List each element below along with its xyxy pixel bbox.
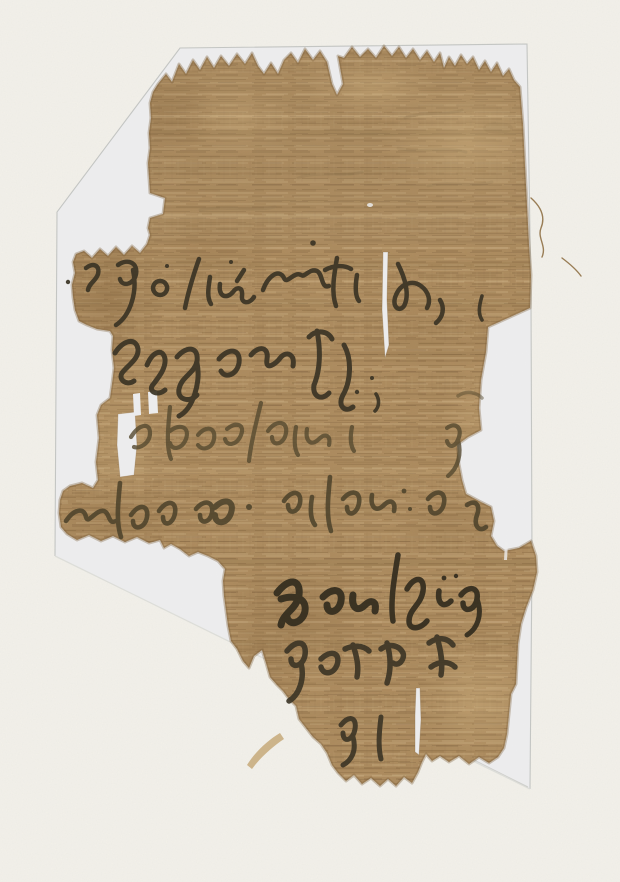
papyrus-fragment-photo <box>0 0 620 882</box>
photo-grain-overlay <box>0 0 620 882</box>
photo-stage <box>0 0 620 882</box>
